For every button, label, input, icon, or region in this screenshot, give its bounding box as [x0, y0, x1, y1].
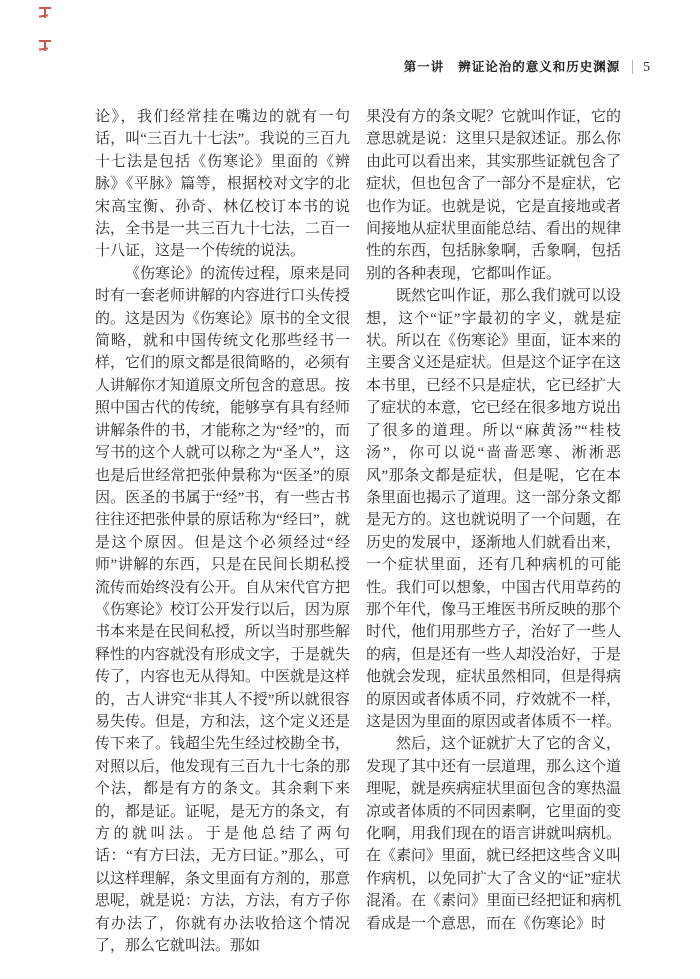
body-paragraph: 果没有方的条文呢？它就叫作证，它的意思就是说：这里只是叙述证。那么你由此可以看出… — [366, 106, 621, 285]
body-paragraph: 论》，我们经常挂在嘴边的就有一句话，叫“三百九十七法”。我说的三百九十七法是包括… — [95, 106, 350, 263]
book-page: 第一讲 辨证论治的意义和历史渊源 5 论》，我们经常挂在嘴边的就有一句话，叫“三… — [0, 0, 700, 979]
header-divider — [632, 60, 633, 74]
text-columns: 论》，我们经常挂在嘴边的就有一句话，叫“三百九十七法”。我说的三百九十七法是包括… — [95, 106, 622, 957]
left-column: 论》，我们经常挂在嘴边的就有一句话，叫“三百九十七法”。我说的三百九十七法是包括… — [95, 106, 350, 957]
red-corner-marks — [38, 5, 54, 55]
red-corner-mark-icon — [38, 5, 52, 19]
page-header: 第一讲 辨证论治的意义和历史渊源 5 — [404, 58, 650, 76]
body-paragraph: 既然它叫作证，那么我们就可以设想，这个“证”字最初的字义，就是症状。所以在《伤寒… — [366, 285, 621, 733]
body-paragraph: 《伤寒论》的流传过程，原来是同时有一套老师讲解的内容进行口头传授的。这是因为《伤… — [95, 263, 350, 958]
body-paragraph: 然后，这个证就扩大了它的含义，发现了其中还有一层道理，那么这个道理呢，就是疾病症… — [366, 733, 621, 935]
red-corner-mark-icon — [38, 38, 52, 52]
page-number: 5 — [643, 58, 650, 76]
chapter-label: 第一讲 — [404, 58, 445, 76]
right-column: 果没有方的条文呢？它就叫作证，它的意思就是说：这里只是叙述证。那么你由此可以看出… — [366, 106, 621, 957]
chapter-title: 辨证论治的意义和历史渊源 — [458, 58, 620, 76]
